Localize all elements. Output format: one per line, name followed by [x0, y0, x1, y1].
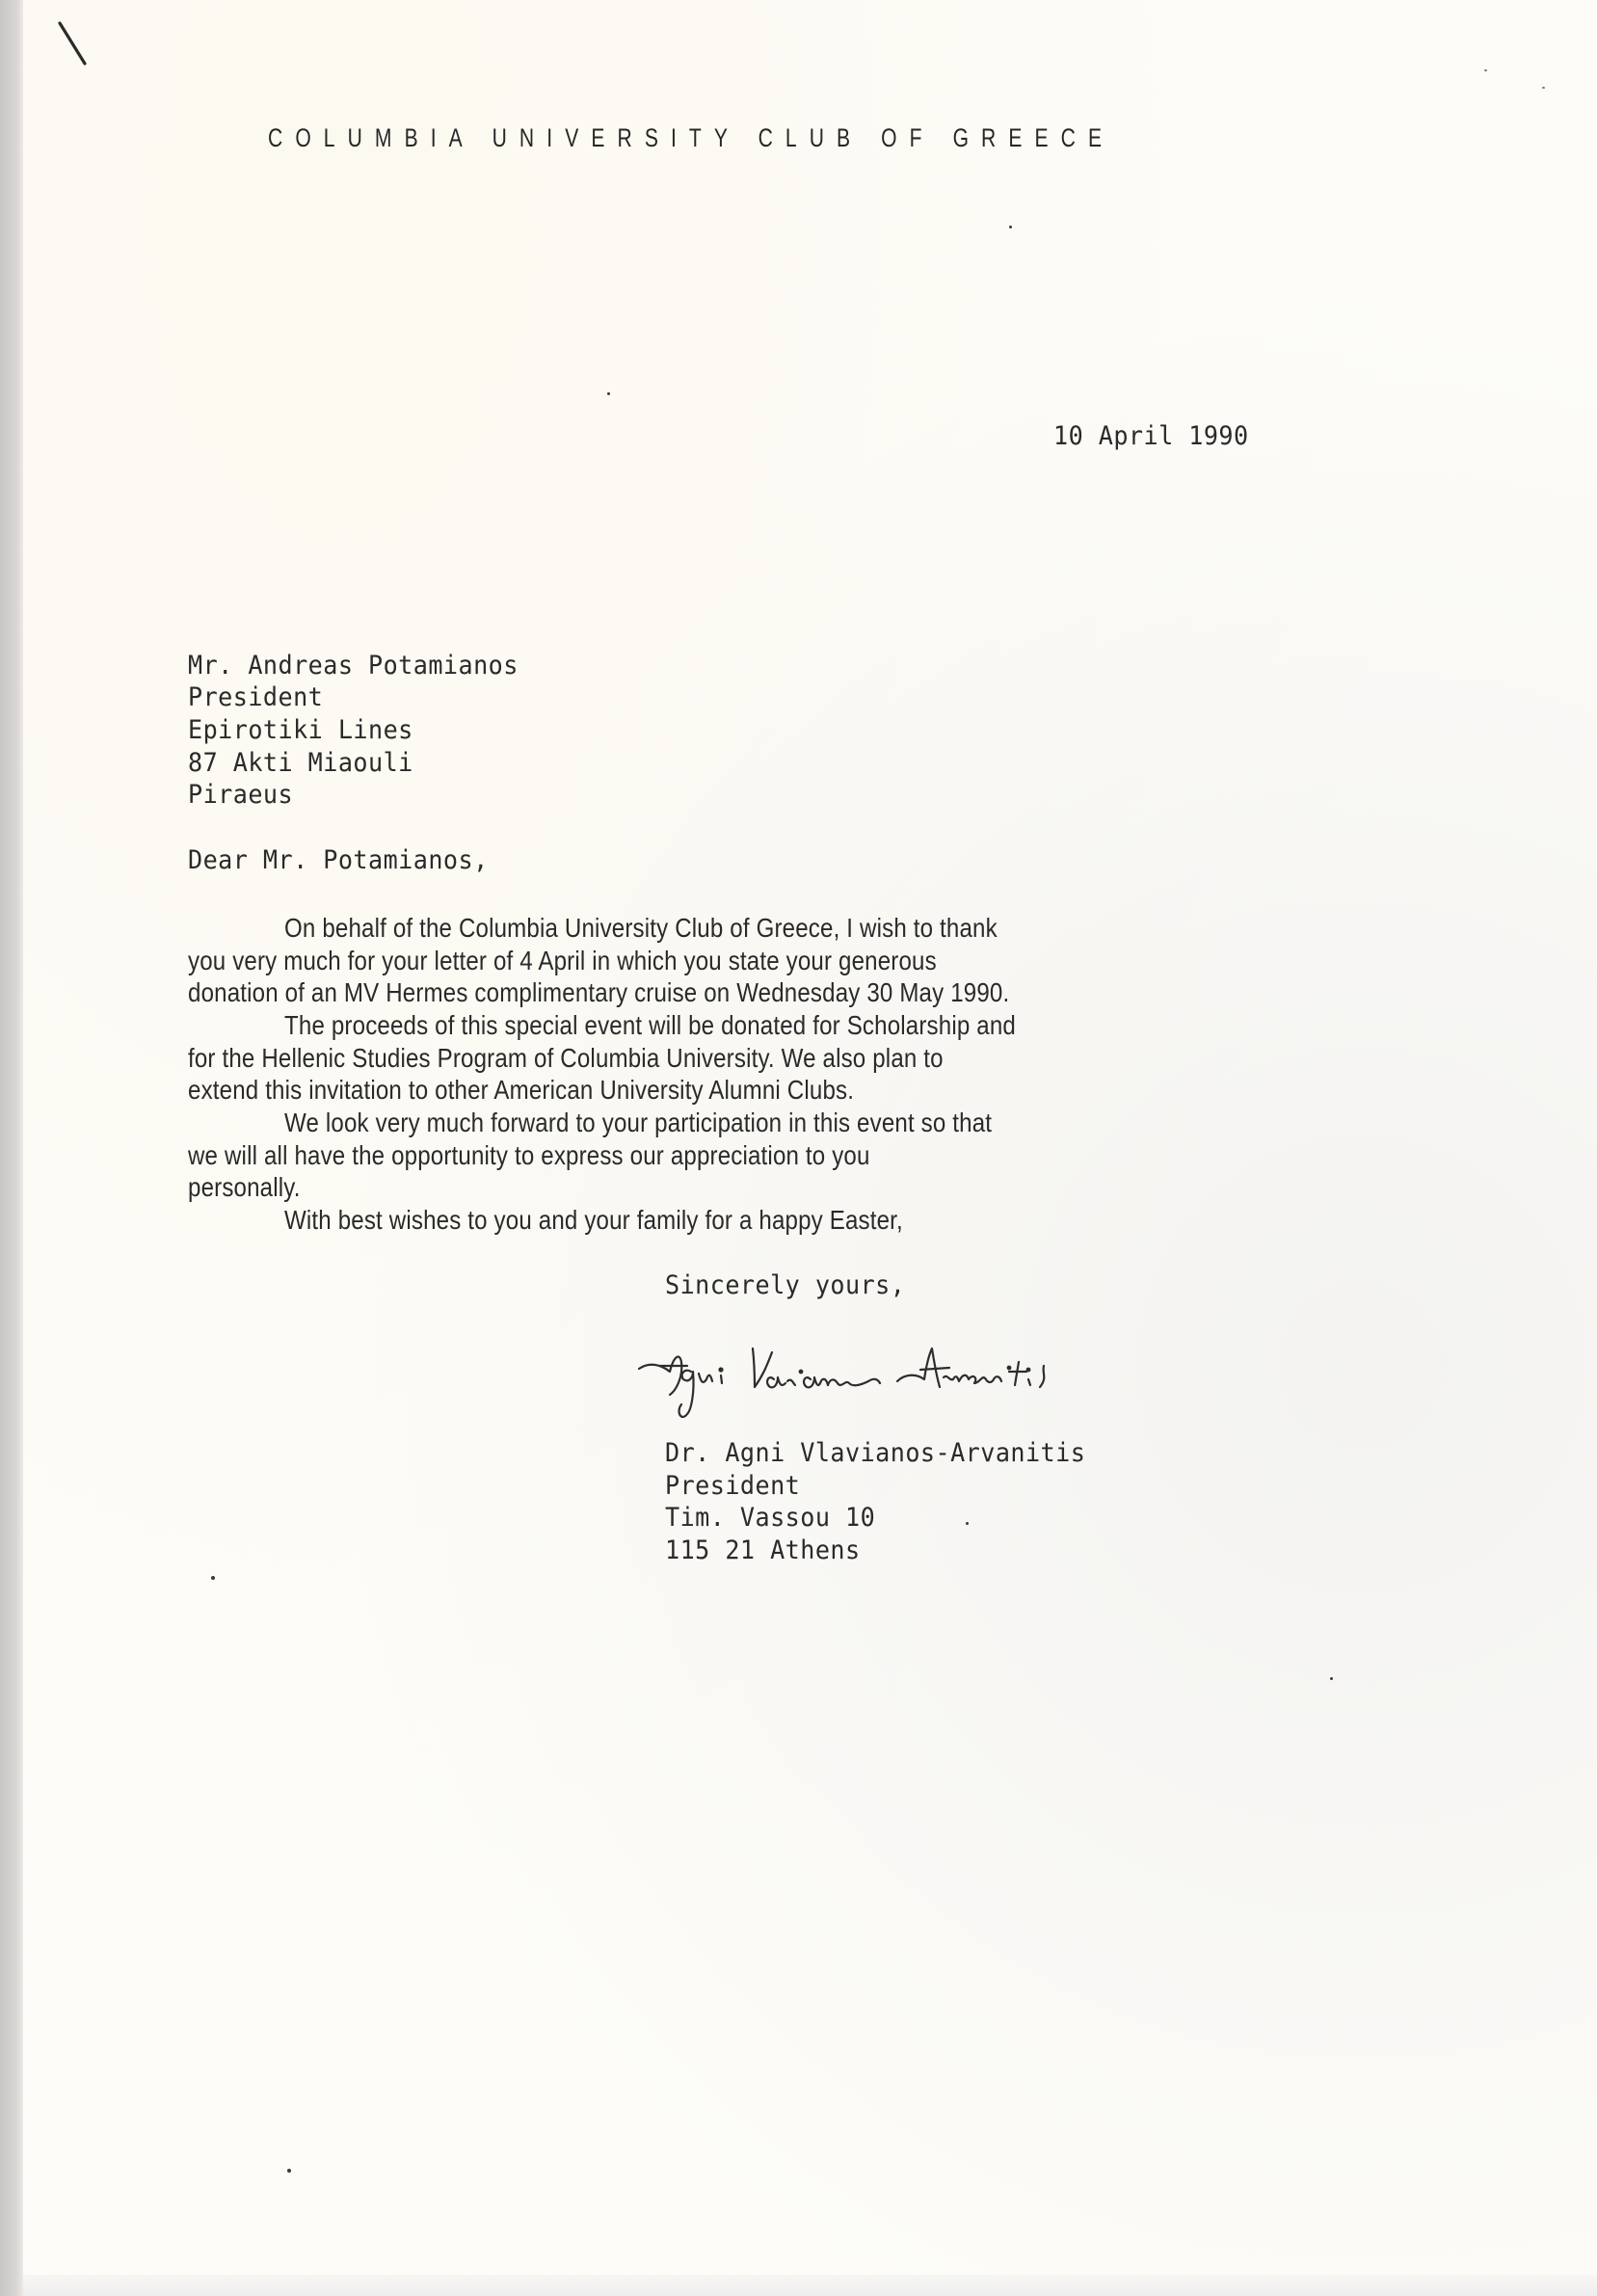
body-line: you very much for your letter of 4 April… [188, 945, 937, 977]
paper-speck [287, 2169, 291, 2173]
body-line: The proceeds of this special event will … [284, 1009, 1016, 1042]
paper-speck [1542, 87, 1545, 89]
body-line: extend this invitation to other American… [188, 1074, 854, 1107]
paper-speck [1484, 69, 1487, 71]
recipient-name: Mr. Andreas Potamianos [188, 650, 519, 682]
scan-edge-bottom [23, 2275, 1597, 2296]
scan-edge-left [0, 0, 23, 2296]
paper-speck [211, 1576, 215, 1580]
body-line: for the Hellenic Studies Program of Colu… [188, 1042, 944, 1075]
recipient-company: Epirotiki Lines [188, 714, 413, 747]
body-line: We look very much forward to your partic… [284, 1107, 992, 1139]
body-line: With best wishes to you and your family … [284, 1204, 903, 1237]
sender-name: Dr. Agni Vlavianos-Arvanitis [665, 1437, 1085, 1470]
letter-date: 10 April 1990 [1053, 420, 1249, 453]
pen-stroke-mark [58, 21, 89, 67]
body-line: On behalf of the Columbia University Clu… [284, 912, 998, 945]
sender-title: President [665, 1470, 800, 1503]
sender-street: Tim. Vassou 10 [665, 1502, 875, 1535]
sender-city: 115 21 Athens [665, 1535, 861, 1567]
paper-speck [1009, 226, 1012, 228]
recipient-street: 87 Akti Miaouli [188, 747, 413, 780]
body-line: donation of an MV Hermes complimentary c… [188, 976, 1009, 1009]
recipient-city: Piraeus [188, 779, 293, 812]
handwritten-signature [631, 1345, 1219, 1441]
paper-speck [966, 1522, 969, 1525]
body-line: personally. [188, 1171, 301, 1204]
letterhead: COLUMBIA UNIVERSITY CLUB OF GREECE [268, 123, 1114, 153]
salutation: Dear Mr. Potamianos, [188, 844, 489, 877]
paper-speck [1330, 1677, 1333, 1680]
body-line: we will all have the opportunity to expr… [188, 1139, 870, 1172]
paper-speck [607, 392, 610, 395]
closing: Sincerely yours, [665, 1269, 905, 1302]
recipient-title: President [188, 681, 323, 714]
